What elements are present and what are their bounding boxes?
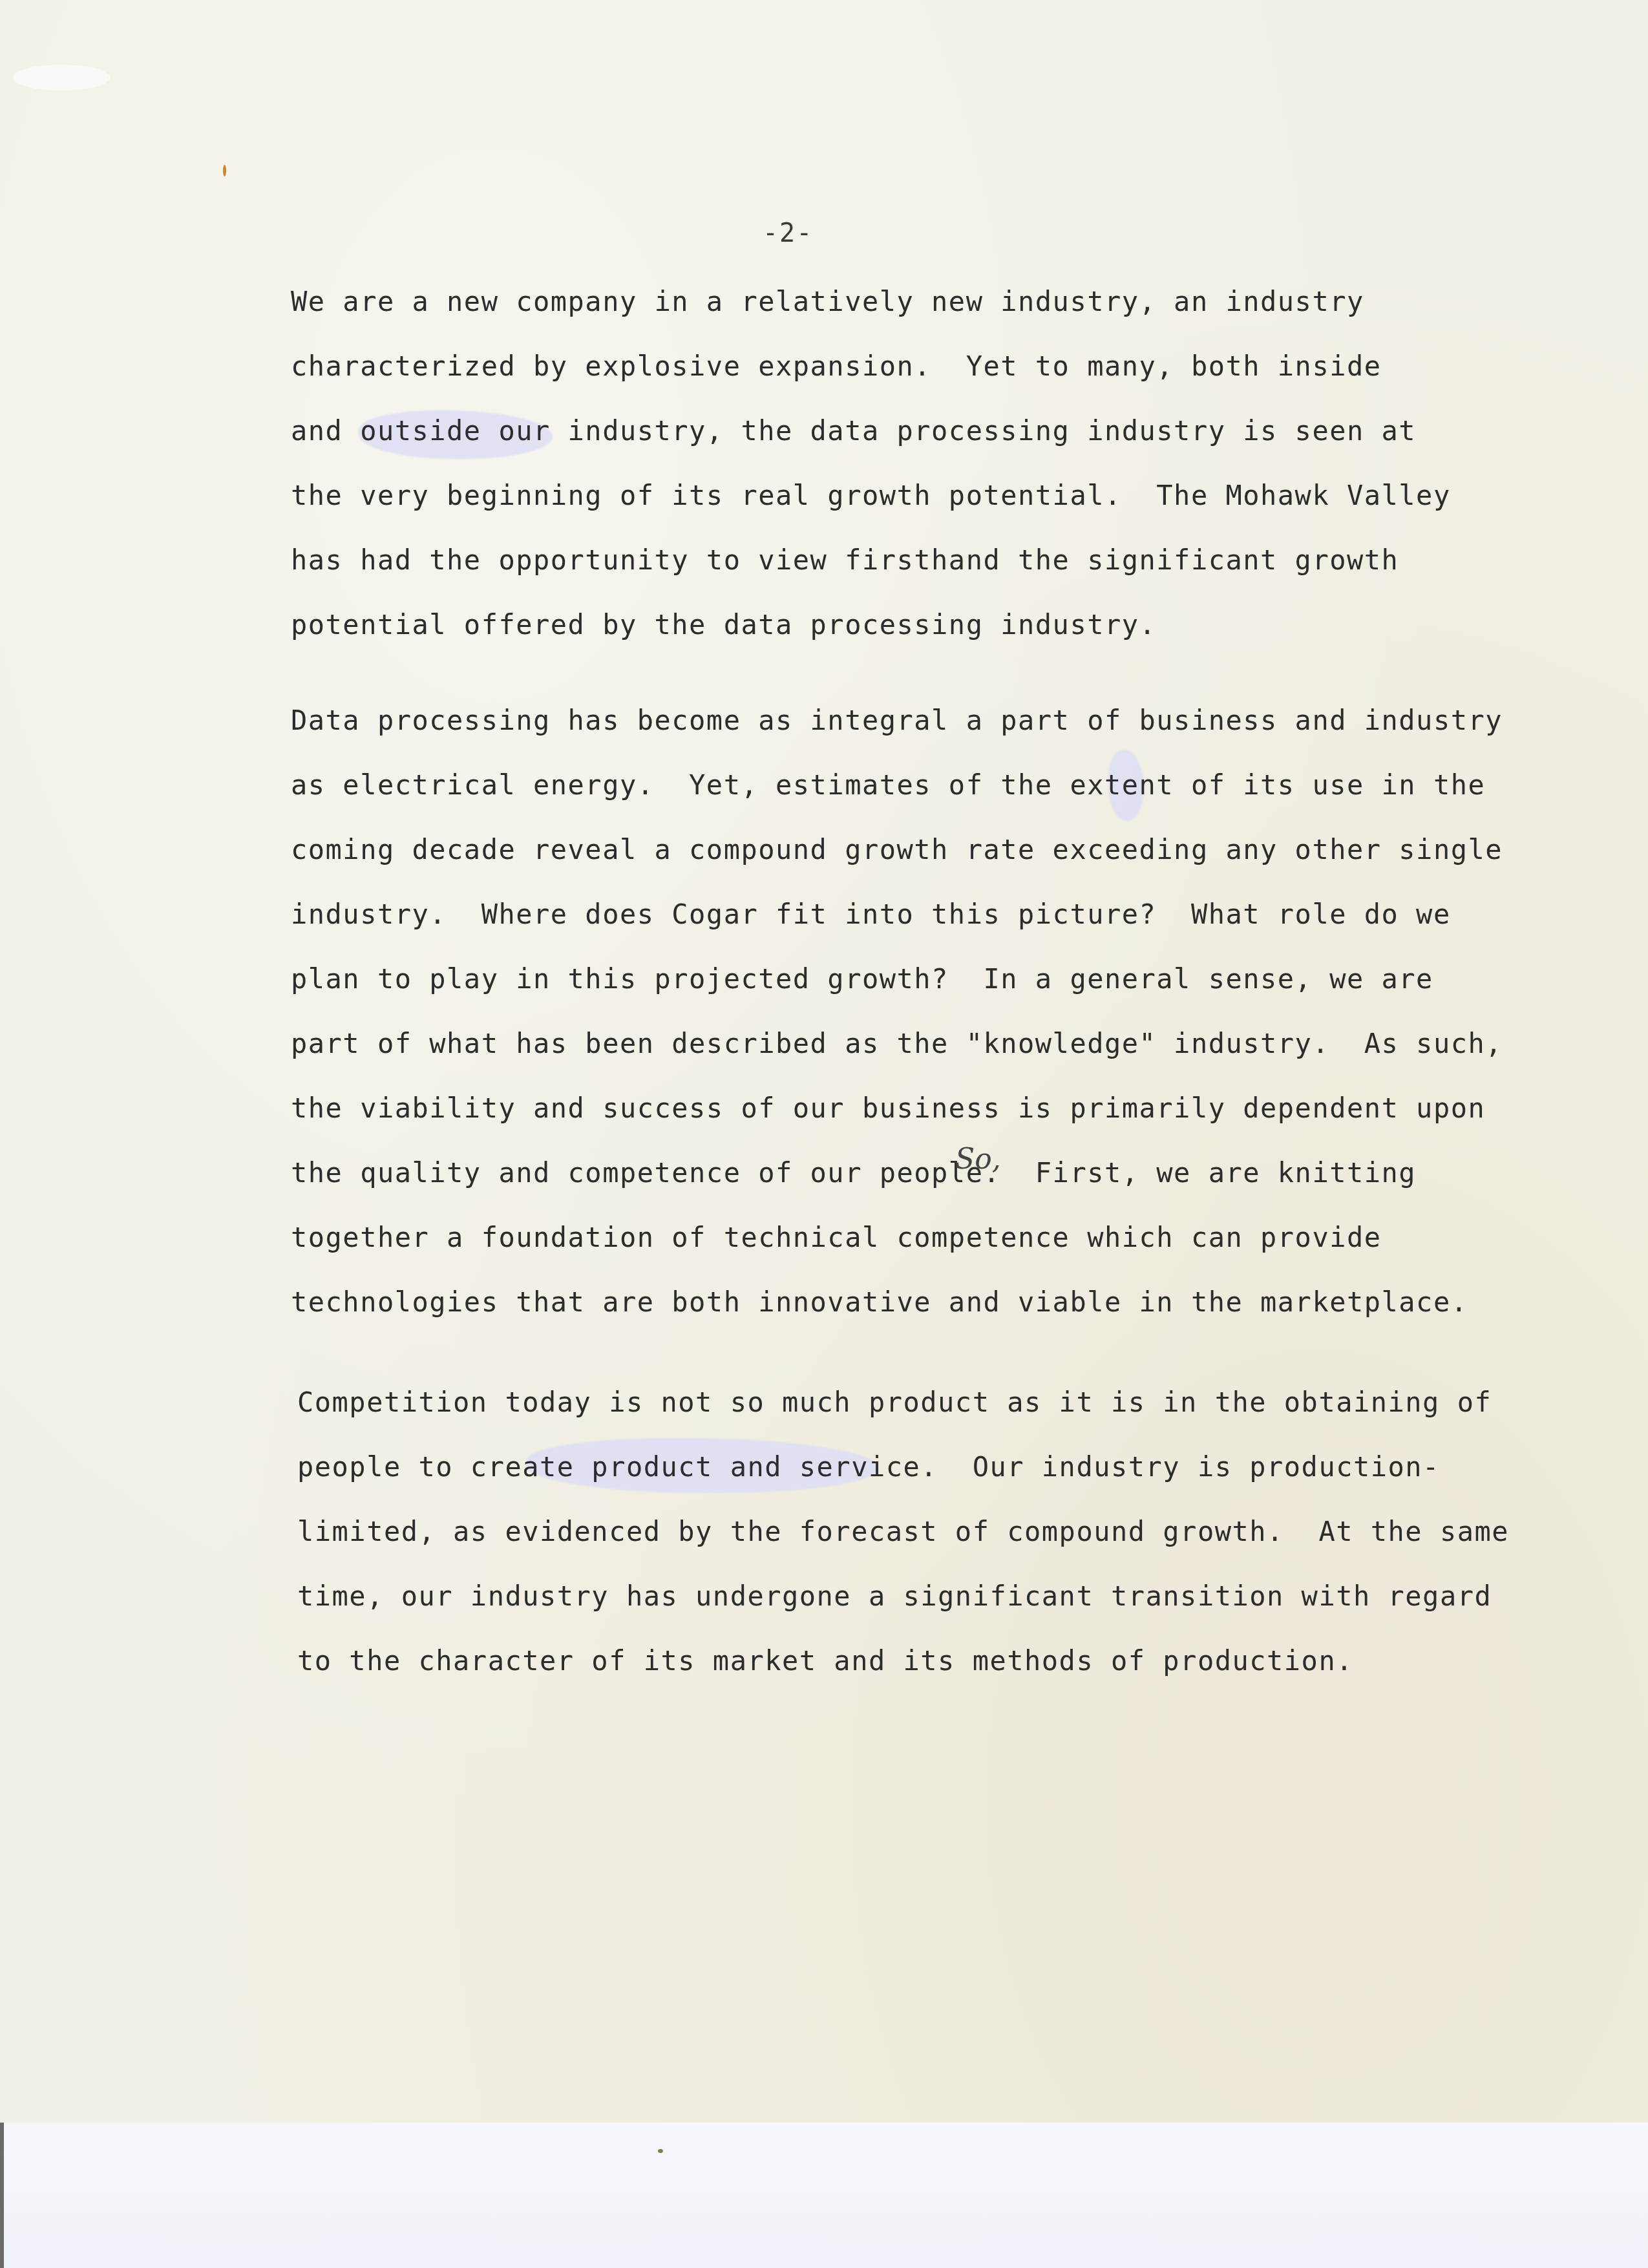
text-line: the very beginning of its real growth po… (291, 480, 1451, 511)
text-line: plan to play in this projected growth? I… (291, 963, 1433, 995)
text-line: the viability and success of our busines… (291, 1092, 1485, 1124)
text-line: to the character of its market and its m… (297, 1645, 1353, 1677)
text-line: together a foundation of technical compe… (291, 1222, 1382, 1253)
page-number: -2- (763, 218, 813, 248)
paper-blemish (13, 65, 110, 90)
text-line: time, our industry has undergone a signi… (297, 1580, 1492, 1612)
paragraph-3: Competition today is not so much product… (297, 1386, 366, 1608)
text-line: limited, as evidenced by the forecast of… (297, 1516, 1509, 1547)
paragraph-2: Data processing has become as integral a… (291, 705, 360, 1085)
dust-speck (658, 2149, 663, 2153)
text-line: Competition today is not so much product… (297, 1386, 1492, 1418)
text-line: We are a new company in a relatively new… (291, 286, 1364, 317)
text-line: has had the opportunity to view firsthan… (291, 544, 1399, 576)
text-line: characterized by explosive expansion. Ye… (291, 350, 1382, 382)
text-line: people to create product and service. Ou… (297, 1451, 1440, 1483)
text-line: part of what has been described as the "… (291, 1028, 1503, 1059)
text-line: technologies that are both innovative an… (291, 1286, 1468, 1318)
text-line: coming decade reveal a compound growth r… (291, 834, 1503, 865)
text-line: industry. Where does Cogar fit into this… (291, 898, 1451, 930)
paragraph-1: We are a new company in a relatively new… (291, 286, 360, 539)
handwritten-annotation: So, (955, 1143, 1001, 1176)
text-line: and outside our industry, the data proce… (291, 415, 1416, 447)
text-line: potential offered by the data processing… (291, 609, 1156, 641)
text-line: the quality and competence of our people… (291, 1157, 1416, 1189)
scanner-background (0, 2123, 1648, 2268)
text-line: as electrical energy. Yet, estimates of … (291, 769, 1485, 801)
scanner-edge (0, 2123, 4, 2268)
text-line: Data processing has become as integral a… (291, 705, 1503, 736)
rust-spot (223, 165, 226, 176)
typed-page: -2- We are a new company in a relatively… (0, 0, 1648, 2123)
